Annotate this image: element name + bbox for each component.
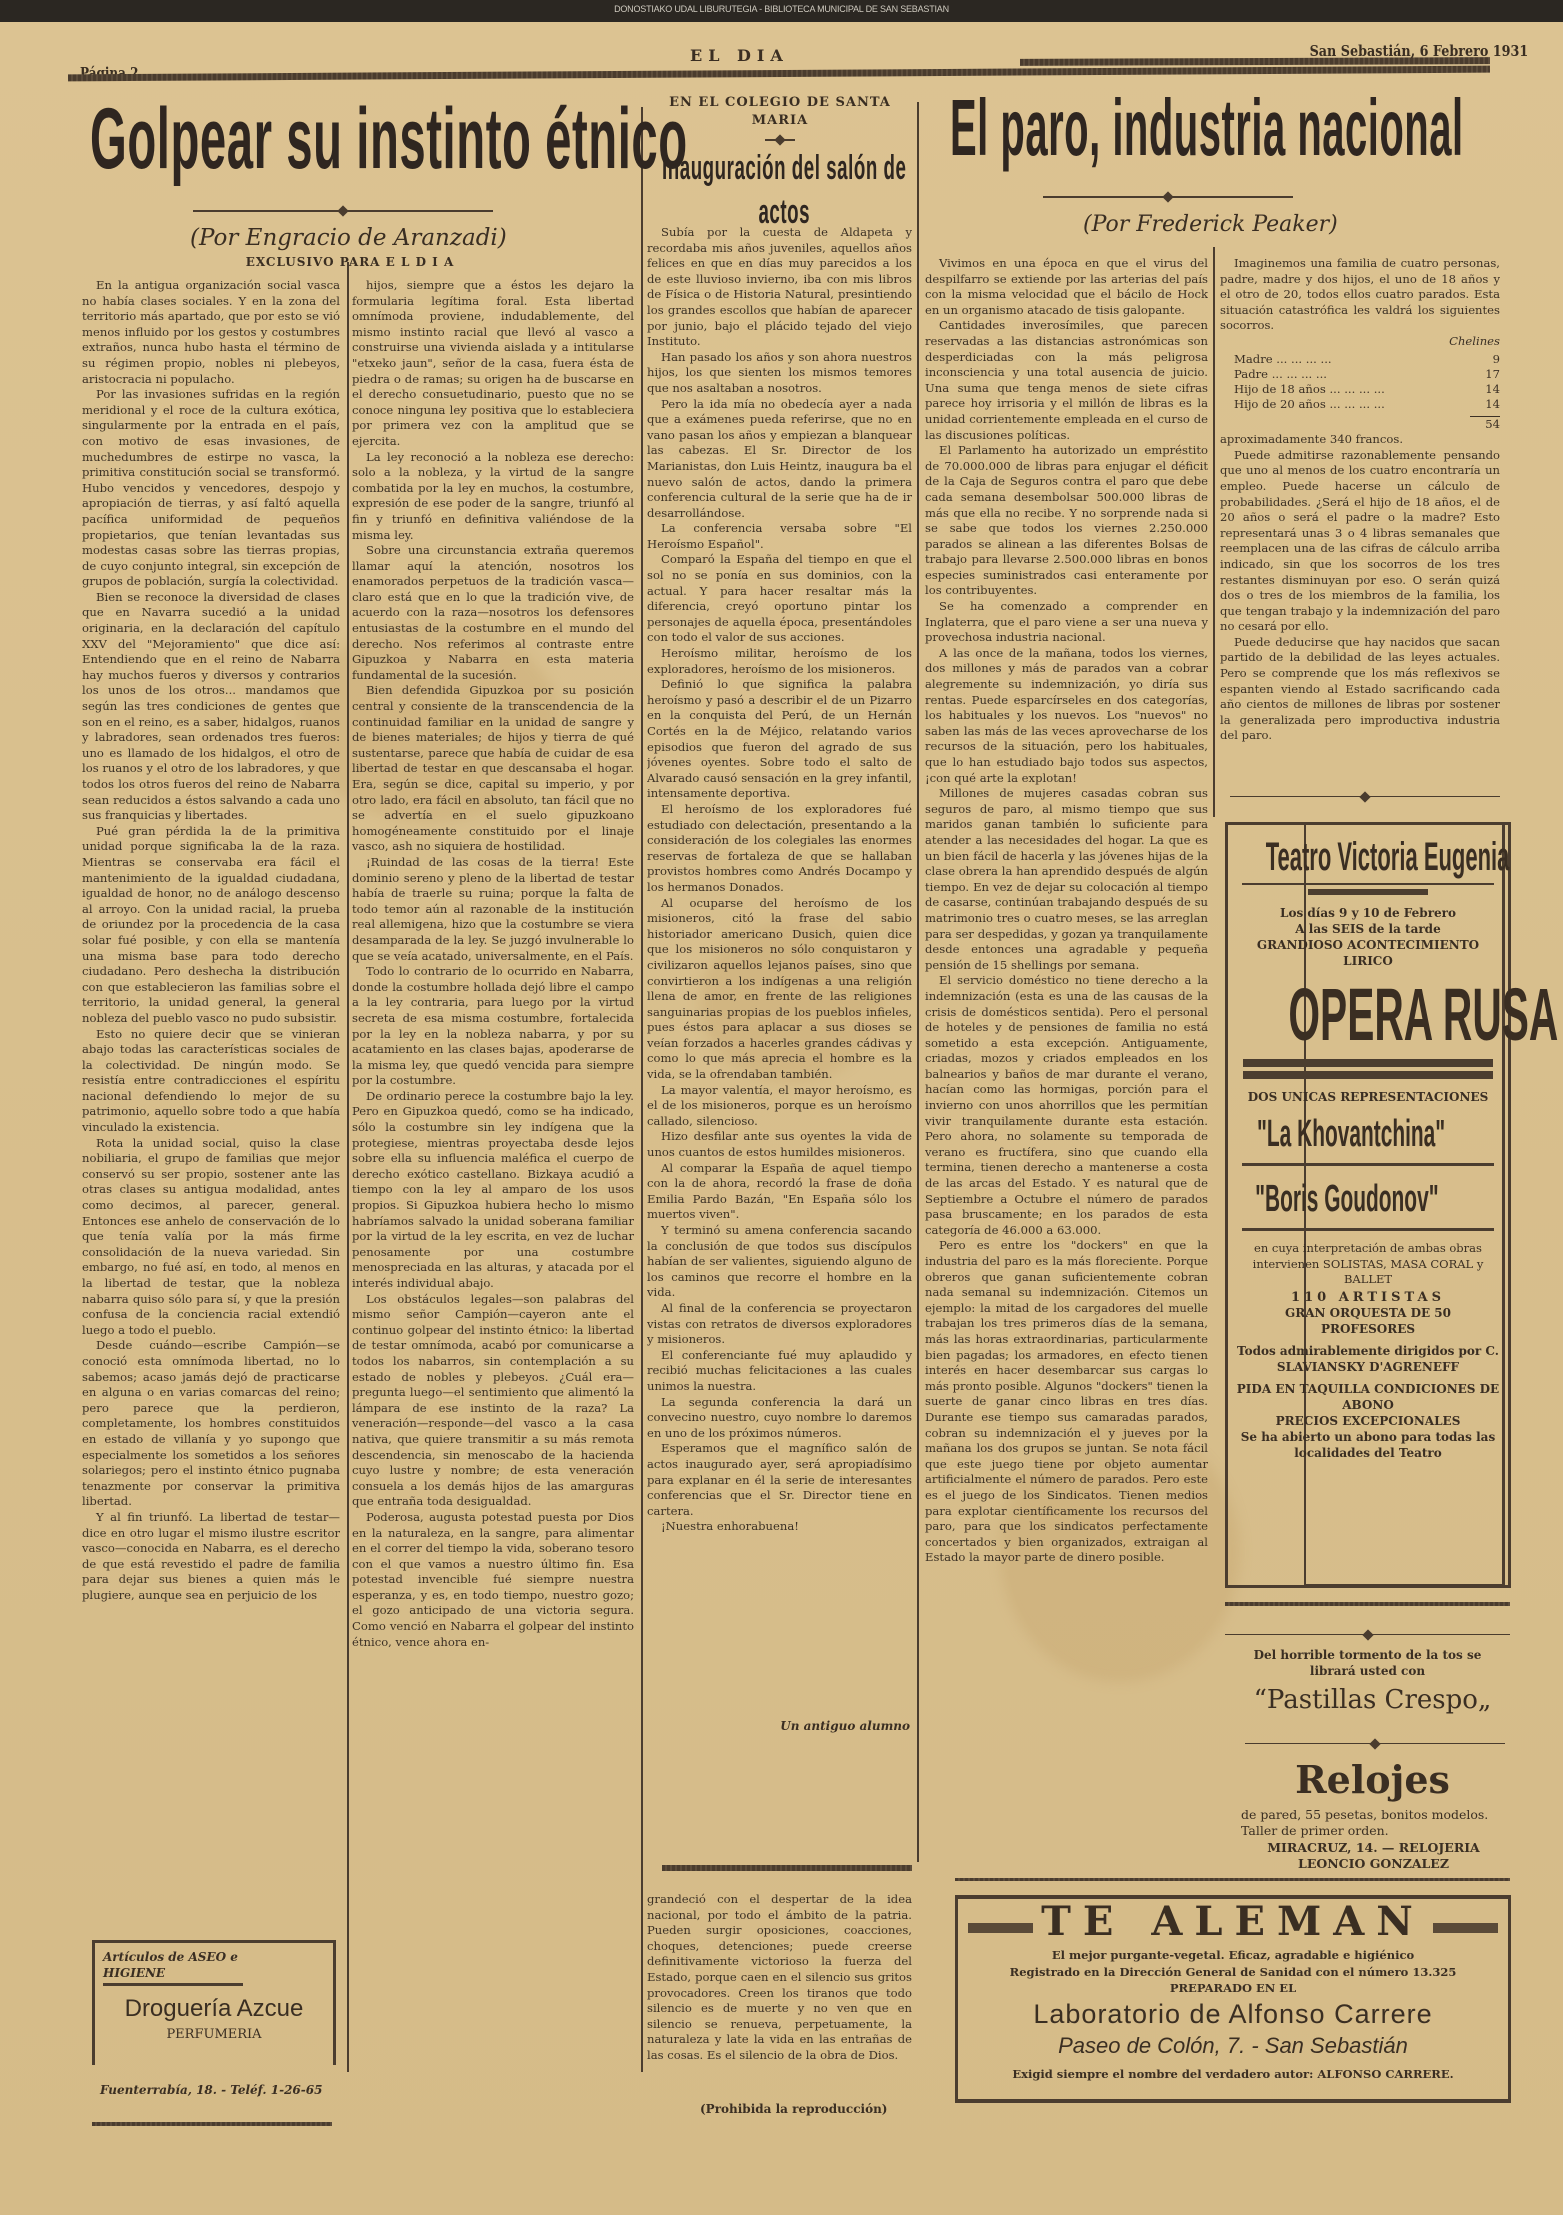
paragraph: Imaginemos una familia de cuatro persona… <box>1220 256 1500 334</box>
section-rule <box>1225 1602 1510 1606</box>
paragraph: Y terminó su amena conferencia sacando l… <box>647 1223 912 1301</box>
paragraph: Pué gran pérdida la de la primitiva unid… <box>82 824 340 1027</box>
teatro-director: Todos admirablemente dirigidos por C. SL… <box>1228 1343 1508 1375</box>
te-aleman-line2: Registrado en la Dirección General de Sa… <box>958 1965 1508 1979</box>
ad-bottom-rule <box>92 2122 332 2126</box>
paragraph: Puede admitirse razonablemente pensando … <box>1220 448 1500 635</box>
teatro-artists: 110 ARTISTAS <box>1228 1290 1508 1305</box>
paragraph: Esto no quiere decir que se vinieran aba… <box>82 1027 340 1136</box>
paragraph: La conferencia versaba sobre "El Heroísm… <box>647 521 912 552</box>
paragraph: hijos, siempre que a éstos les dejaro la… <box>352 278 634 450</box>
article-left-byline: (Por Engracio de Aranzadi) <box>190 225 507 251</box>
teatro-event: GRANDIOSO ACONTECIMIENTO LIRICO <box>1228 937 1508 969</box>
paragraph: ¡Nuestra enhorabuena! <box>647 1519 912 1535</box>
section-rule <box>662 1865 912 1871</box>
archive-credit: DONOSTIAKO UDAL LIBURUTEGIA - BIBLIOTECA… <box>0 4 1563 14</box>
paragraph: Al final de la conferencia se proyectaro… <box>647 1301 912 1348</box>
column-divider <box>641 107 643 2072</box>
table-total: 54 <box>1220 417 1500 433</box>
paragraph: Hizo desfilar ante sus oyentes la vida d… <box>647 1129 912 1160</box>
paragraph: La segunda conferencia la dará un convec… <box>647 1395 912 1442</box>
paragraph: Bien se reconoce la diversidad de clases… <box>82 590 340 824</box>
teatro-dates: Los días 9 y 10 de Febrero <box>1228 905 1508 921</box>
article-right-byline: (Por Frederick Peaker) <box>1083 212 1338 237</box>
paragraph: Pero es entre los "dockers" en que la in… <box>925 1238 1208 1565</box>
allowance-row: Hijo de 20 años ... ... ... ...14 <box>1220 397 1500 412</box>
allowance-label: Padre ... ... ... ... <box>1220 367 1470 382</box>
paragraph: aproximadamente 340 francos. <box>1220 432 1500 448</box>
article-left-exclusive: EXCLUSIVO PARA E L D I A <box>220 255 480 269</box>
te-aleman-line1: El mejor purgante-vegetal. Eficaz, agrad… <box>958 1948 1508 1962</box>
pastillas-lead: Del horrible tormento de la tos se libra… <box>1235 1647 1500 1679</box>
allowance-amount: 17 <box>1470 367 1500 382</box>
te-aleman-line3: PREPARADO EN EL <box>958 1981 1508 1995</box>
paragraph: grandeció con el despertar de la idea na… <box>647 1892 912 2064</box>
opera-boris-goudonov: "Boris Goudonov" <box>1255 1176 1439 1222</box>
paragraph: Puede deducirse que hay nacidos que saca… <box>1220 635 1500 744</box>
te-aleman-title: TE ALEMAN <box>958 1899 1508 1945</box>
ad-ornament <box>1225 1634 1510 1635</box>
paragraph: La ley reconoció a la nobleza ese derech… <box>352 450 634 544</box>
paragraph: El servicio doméstico no tiene derecho a… <box>925 973 1208 1238</box>
paragraph: Al ocuparse del heroísmo de los misioner… <box>647 896 912 1083</box>
teatro-show: OPERA RUSA <box>1288 975 1558 1055</box>
paragraph: Sobre una circunstancia extraña queremos… <box>352 543 634 683</box>
relojes-body: de pared, 55 pesetas, bonitos modelos. T… <box>1241 1807 1506 1839</box>
masthead-rule <box>1020 57 1490 66</box>
article-right-column-2: Imaginemos una familia de cuatro persona… <box>1220 256 1500 816</box>
ad-drogueria-azcue: Artículos de ASEO e HIGIENE Droguería Az… <box>92 1940 336 2065</box>
column-end-ornament <box>1230 796 1500 797</box>
teatro-time: A las SEIS de la tarde <box>1228 921 1508 937</box>
headline-ornament <box>1043 196 1293 198</box>
article-left-continuation: grandeció con el despertar de la idea na… <box>647 1892 912 2067</box>
paragraph: El conferenciante fué muy aplaudido y re… <box>647 1348 912 1395</box>
pastillas-product: “Pastillas Crespo„ <box>1230 1685 1515 1715</box>
paragraph: ¡Ruindad de las cosas de la tierra! Este… <box>352 855 634 964</box>
paragraph: Rota la unidad social, quiso la clase no… <box>82 1136 340 1339</box>
teatro-subscription: Se ha abierto un abono para todas las lo… <box>1228 1429 1508 1461</box>
paragraph: Bien defendida Gipuzkoa por su posición … <box>352 683 634 855</box>
paragraph: Los obstáculos legales—son palabras del … <box>352 1292 634 1510</box>
drogueria-address: Fuenterrabía, 18. - Teléf. 1-26-65 <box>100 2083 322 2097</box>
paragraph: Subía por la cuesta de Aldapeta y record… <box>647 225 912 350</box>
paragraph: Al comparar la España de aquel tiempo co… <box>647 1161 912 1223</box>
article-center-headline: Inauguración del salón de actos <box>655 146 914 234</box>
allowance-table: Madre ... ... ... ...9Padre ... ... ... … <box>1220 352 1500 412</box>
article-center-body: Subía por la cuesta de Aldapeta y record… <box>647 225 912 1715</box>
drogueria-tagline: Artículos de ASEO e HIGIENE <box>103 1949 243 1986</box>
allowance-row: Hijo de 18 años ... ... ... ...14 <box>1220 382 1500 397</box>
table-unit-label: Chelines <box>1220 334 1500 350</box>
paragraph: Cantidades inverosímiles, que parecen re… <box>925 318 1208 443</box>
te-aleman-footer: Exigid siempre el nombre del verdadero a… <box>958 2067 1508 2081</box>
section-rule <box>955 1878 1510 1881</box>
teatro-cast: en cuya interpretación de ambas obras in… <box>1228 1241 1508 1288</box>
paragraph: De ordinario perece la costumbre bajo la… <box>352 1089 634 1292</box>
allowance-label: Hijo de 20 años ... ... ... ... <box>1220 397 1470 412</box>
column-divider <box>1213 247 1215 817</box>
teatro-representations: DOS UNICAS REPRESENTACIONES <box>1228 1089 1508 1105</box>
article-center-kicker: EN EL COLEGIO DE SANTA MARIA <box>650 94 910 130</box>
column-divider <box>917 102 919 1862</box>
drogueria-sub: PERFUMERIA <box>95 2027 333 2042</box>
teatro-tickets: PIDA EN TAQUILLA CONDICIONES DE ABONO <box>1228 1381 1508 1413</box>
article-right-column-1: Vivimos en una época en que el virus del… <box>925 256 1208 1866</box>
article-center-signature: Un antiguo alumno <box>740 1719 910 1733</box>
paragraph: Y al fin triunfó. La libertad de testar—… <box>82 1510 340 1604</box>
allowance-amount: 14 <box>1470 382 1500 397</box>
ad-teatro-content: Teatro Victoria Eugenia Los días 9 y 10 … <box>1225 822 1511 1588</box>
teatro-title: Teatro Victoria Eugenia <box>1266 835 1510 880</box>
paragraph: Por las invasiones sufridas en la región… <box>82 387 340 590</box>
paragraph: La mayor valentía, el mayor heroísmo, es… <box>647 1083 912 1130</box>
paragraph: Millones de mujeres casadas cobran sus s… <box>925 786 1208 973</box>
allowance-label: Madre ... ... ... ... <box>1220 352 1470 367</box>
paragraph: Heroísmo militar, heroísmo de los explor… <box>647 646 912 677</box>
paragraph: Se ha comenzado a comprender en Inglater… <box>925 599 1208 646</box>
paragraph: Todo lo contrario de lo ocurrido en Naba… <box>352 964 634 1089</box>
article-left-column-2: hijos, siempre que a éstos les dejaro la… <box>352 278 634 2108</box>
allowance-row: Madre ... ... ... ...9 <box>1220 352 1500 367</box>
ad-te-aleman: TE ALEMAN El mejor purgante-vegetal. Efi… <box>955 1895 1511 2103</box>
paragraph: Vivimos en una época en que el virus del… <box>925 256 1208 318</box>
teatro-orchestra: GRAN ORQUESTA DE 50 PROFESORES <box>1228 1305 1508 1337</box>
paper-name: EL DIA <box>690 46 789 65</box>
paragraph: A las once de la mañana, todos los viern… <box>925 646 1208 786</box>
newspaper-page: Página 2 EL DIA San Sebastián, 6 Febrero… <box>0 22 1563 2215</box>
allowance-row: Padre ... ... ... ...17 <box>1220 367 1500 382</box>
allowance-amount: 14 <box>1470 397 1500 412</box>
paragraph: En la antigua organización social vasca … <box>82 278 340 387</box>
te-aleman-address: Paseo de Colón, 7. - San Sebastián <box>958 2033 1508 2059</box>
allowance-label: Hijo de 18 años ... ... ... ... <box>1220 382 1470 397</box>
paragraph: Comparó la España del tiempo en que el s… <box>647 552 912 646</box>
drogueria-name: Droguería Azcue <box>95 1995 333 2023</box>
article-right-headline: El paro, industria nacional <box>950 86 1464 170</box>
reproduction-note: (Prohibida la reproducción) <box>700 2102 887 2116</box>
masthead-rule <box>68 66 1490 82</box>
allowance-amount: 9 <box>1470 352 1500 367</box>
opera-khovantchina: "La Khovantchina" <box>1257 1111 1445 1157</box>
teatro-prices: PRECIOS EXCEPCIONALES <box>1228 1413 1508 1429</box>
article-left-column-1: En la antigua organización social vasca … <box>82 278 340 1868</box>
article-left-headline: Golpear su instinto étnico <box>90 94 688 184</box>
ad-ornament <box>1245 1743 1505 1744</box>
paragraph: Han pasado los años y son ahora nuestros… <box>647 350 912 397</box>
headline-ornament <box>193 210 493 212</box>
relojes-title: Relojes <box>1230 1757 1515 1802</box>
column-divider <box>347 262 349 2072</box>
paragraph: Esperamos que el magnífico salón de acto… <box>647 1441 912 1519</box>
paragraph: Desde cuándo—escribe Campión—se conoció … <box>82 1338 340 1510</box>
paragraph: El heroísmo de los exploradores fué estu… <box>647 802 912 896</box>
paragraph: Pero la ida mía no obedecía ayer a nada … <box>647 397 912 522</box>
relojes-address: MIRACRUZ, 14. — RELOJERIA LEONCIO GONZAL… <box>1241 1840 1506 1872</box>
paragraph: El Parlamento ha autorizado un empréstit… <box>925 443 1208 599</box>
te-aleman-lab: Laboratorio de Alfonso Carrere <box>958 1999 1508 2030</box>
paragraph: Poderosa, augusta potestad puesta por Di… <box>352 1510 634 1650</box>
kicker-ornament <box>765 139 795 141</box>
paragraph: Definió lo que significa la palabra hero… <box>647 677 912 802</box>
